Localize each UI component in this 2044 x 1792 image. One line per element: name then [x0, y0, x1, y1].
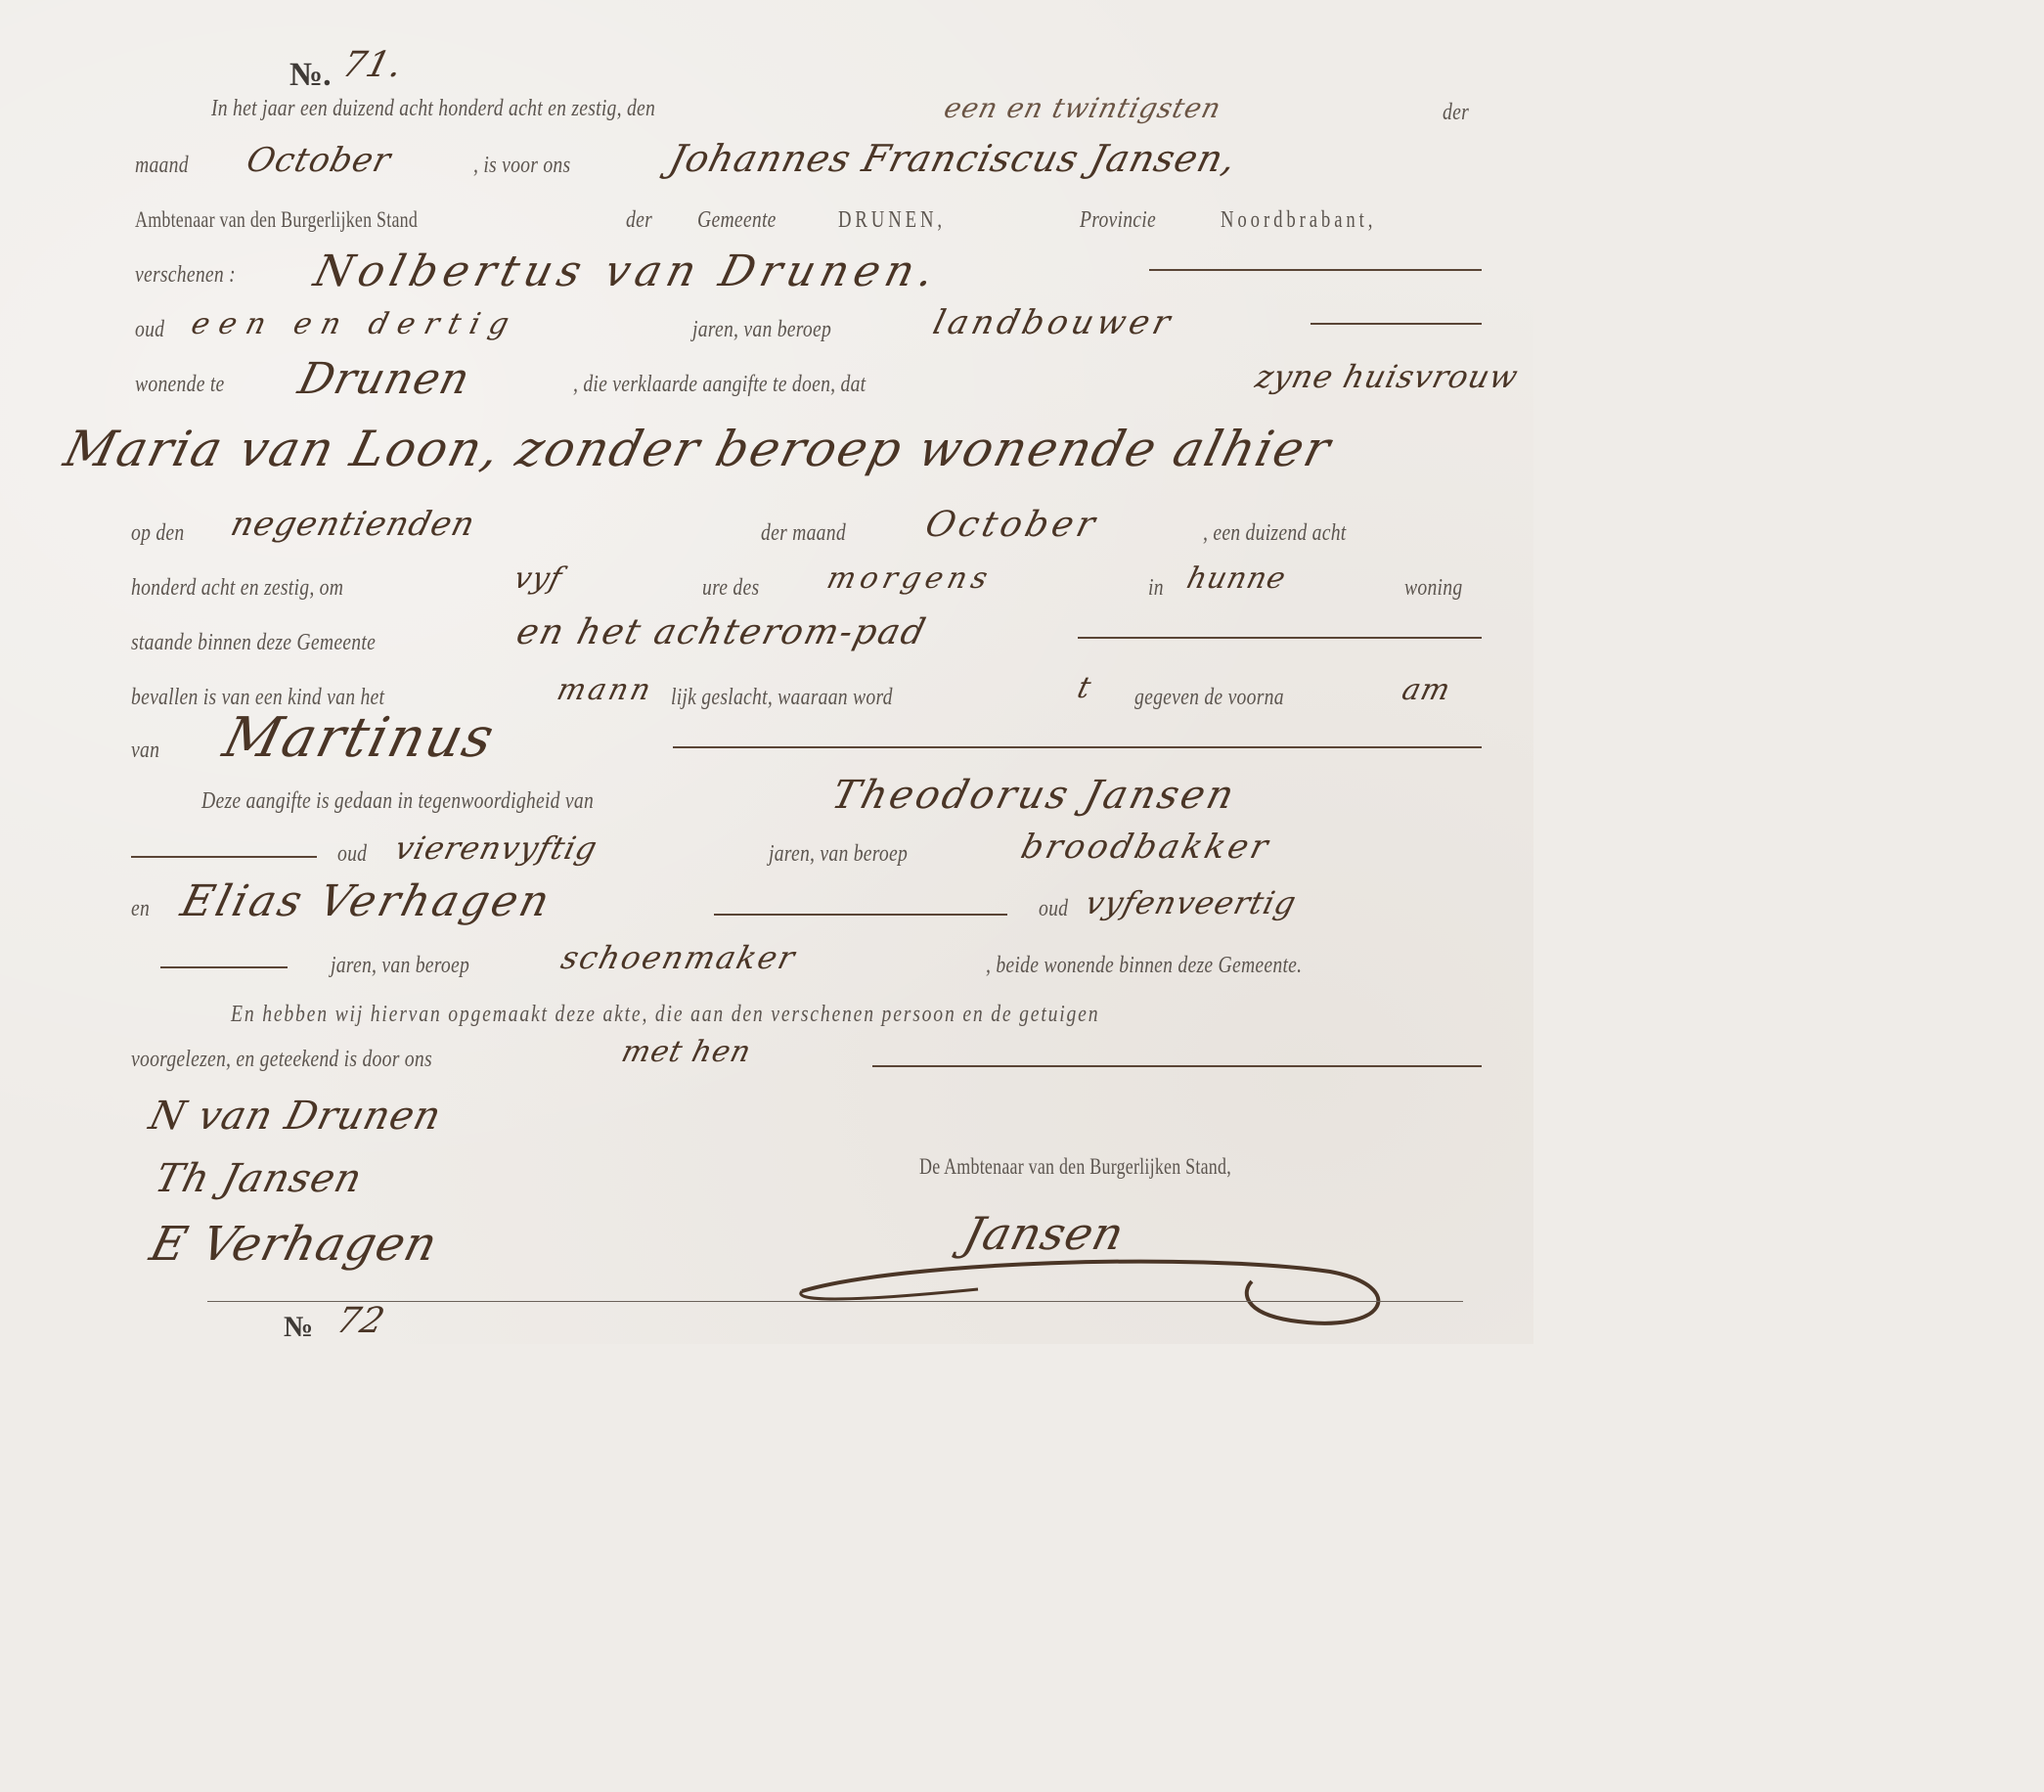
printed-line-10a: staande binnen deze Gemeente [131, 630, 376, 656]
handwritten-witness2-age: vyfenveertig [1082, 884, 1301, 921]
printed-line-3a: Ambtenaar van den Burgerlijken Stand [135, 207, 418, 233]
handwritten-witness1-occupation: broodbakker [1017, 828, 1274, 867]
printed-line-9a: honderd acht en zestig, om [131, 575, 343, 602]
fill-line [160, 966, 288, 968]
printed-line-5a: oud [135, 317, 164, 343]
printed-line-1a: In het jaar een duizend acht honderd ach… [211, 96, 655, 122]
document-page: №. 71. In het jaar een duizend acht hond… [0, 0, 1533, 1344]
printed-line-17a: En hebben wij hiervan opgemaakt deze akt… [231, 1002, 1099, 1028]
signature-witness1: Th Jansen [151, 1156, 452, 1201]
fill-line [1149, 269, 1482, 271]
handwritten-declarant: Nolbertus van Drunen. [309, 246, 945, 296]
handwritten-birth-month: October [921, 505, 1103, 545]
record-number-value: 71. [338, 45, 407, 85]
fill-line [673, 746, 1482, 748]
printed-line-9d: woning [1404, 575, 1462, 602]
witness-signatures: N van Drunen Th Jansen E Verhagen [145, 1094, 435, 1238]
handwritten-witness1-age: vierenvyftig [391, 829, 601, 867]
printed-line-8a: op den [131, 520, 184, 547]
signature-flourish [782, 1242, 1408, 1330]
handwritten-witness2: Elias Verhagen [176, 876, 557, 926]
handwritten-mother: Maria van Loon, zonder beroep wonende al… [59, 421, 1338, 477]
province-name: Noordbrabant, [1221, 207, 1376, 234]
signature-witness2: E Verhagen [145, 1217, 449, 1272]
handwritten-declarant-occupation: landbouwer [929, 303, 1178, 342]
handwritten-month: October [243, 141, 395, 180]
printed-line-2b: , is voor ons [473, 153, 570, 179]
printed-line-14a: oud [337, 841, 367, 868]
handwritten-word-suffix: t [1074, 671, 1095, 705]
printed-line-16a: jaren, van beroep [331, 953, 469, 979]
next-record-number-label: № [284, 1311, 313, 1344]
next-record-number-value: 72 [333, 1301, 389, 1341]
printed-line-15a: en [131, 896, 150, 922]
printed-line-9b: ure des [702, 575, 759, 602]
handwritten-location: en het achterom-pad [512, 612, 931, 652]
printed-line-5b: jaren, van beroep [692, 317, 831, 343]
handwritten-name-suffix: am [1399, 673, 1454, 707]
printed-line-14b: jaren, van beroep [769, 841, 908, 868]
printed-line-9c: in [1148, 575, 1164, 602]
printed-line-6b: , die verklaarde aangifte te doen, dat [573, 372, 866, 398]
handwritten-time-of-day: morgens [823, 561, 996, 596]
handwritten-whose-home: hunne [1183, 561, 1290, 596]
printed-line-6a: wonende te [135, 372, 225, 398]
printed-line-8c: , een duizend acht [1203, 520, 1347, 547]
signature-declarant: N van Drunen [145, 1094, 446, 1139]
printed-line-11c: gegeven de voorna [1134, 685, 1284, 711]
record-separator [207, 1301, 1463, 1302]
fill-line [131, 856, 317, 858]
printed-line-11b: lijk geslacht, waaraan word [671, 685, 893, 711]
fill-line [714, 914, 1007, 916]
record-number-label: №. [289, 57, 332, 94]
printed-line-13a: Deze aangifte is gedaan in tegenwoordigh… [201, 788, 594, 815]
official-title: De Ambtenaar van den Burgerlijken Stand, [919, 1154, 1231, 1180]
handwritten-child-name: Martinus [217, 706, 502, 770]
handwritten-official-name: Johannes Franciscus Jansen, [665, 137, 1241, 180]
printed-line-4a: verschenen : [135, 262, 236, 289]
handwritten-signed-with: met hen [618, 1035, 755, 1069]
printed-line-3b: der [626, 207, 652, 234]
handwritten-day: een en twintigsten [941, 92, 1224, 124]
printed-line-3c: Gemeente [697, 207, 777, 234]
handwritten-sex: mann [554, 673, 657, 707]
printed-line-15b: oud [1039, 896, 1068, 922]
handwritten-declarant-residence: Drunen [293, 354, 475, 404]
handwritten-witness1: Theodorus Jansen [827, 773, 1241, 818]
printed-line-8b: der maand [761, 520, 846, 547]
fill-line [872, 1065, 1482, 1067]
printed-line-16b: , beide wonende binnen deze Gemeente. [986, 953, 1302, 979]
handwritten-declarant-age: een en dertig [188, 307, 522, 341]
handwritten-relation: zyne huisvrouw [1252, 358, 1523, 395]
printed-line-2a: maand [135, 153, 189, 179]
handwritten-birth-hour: vyf [511, 561, 566, 596]
printed-line-18a: voorgelezen, en geteekend is door ons [131, 1047, 432, 1073]
printed-line-3e: Provincie [1080, 207, 1156, 234]
handwritten-witness2-occupation: schoenmaker [557, 939, 800, 976]
printed-line-12a: van [131, 738, 159, 764]
fill-line [1311, 323, 1482, 325]
municipality-name: DRUNEN, [838, 207, 946, 234]
fill-line [1078, 637, 1482, 639]
printed-line-1b: der [1443, 100, 1469, 126]
handwritten-birth-day: negentienden [227, 505, 479, 544]
